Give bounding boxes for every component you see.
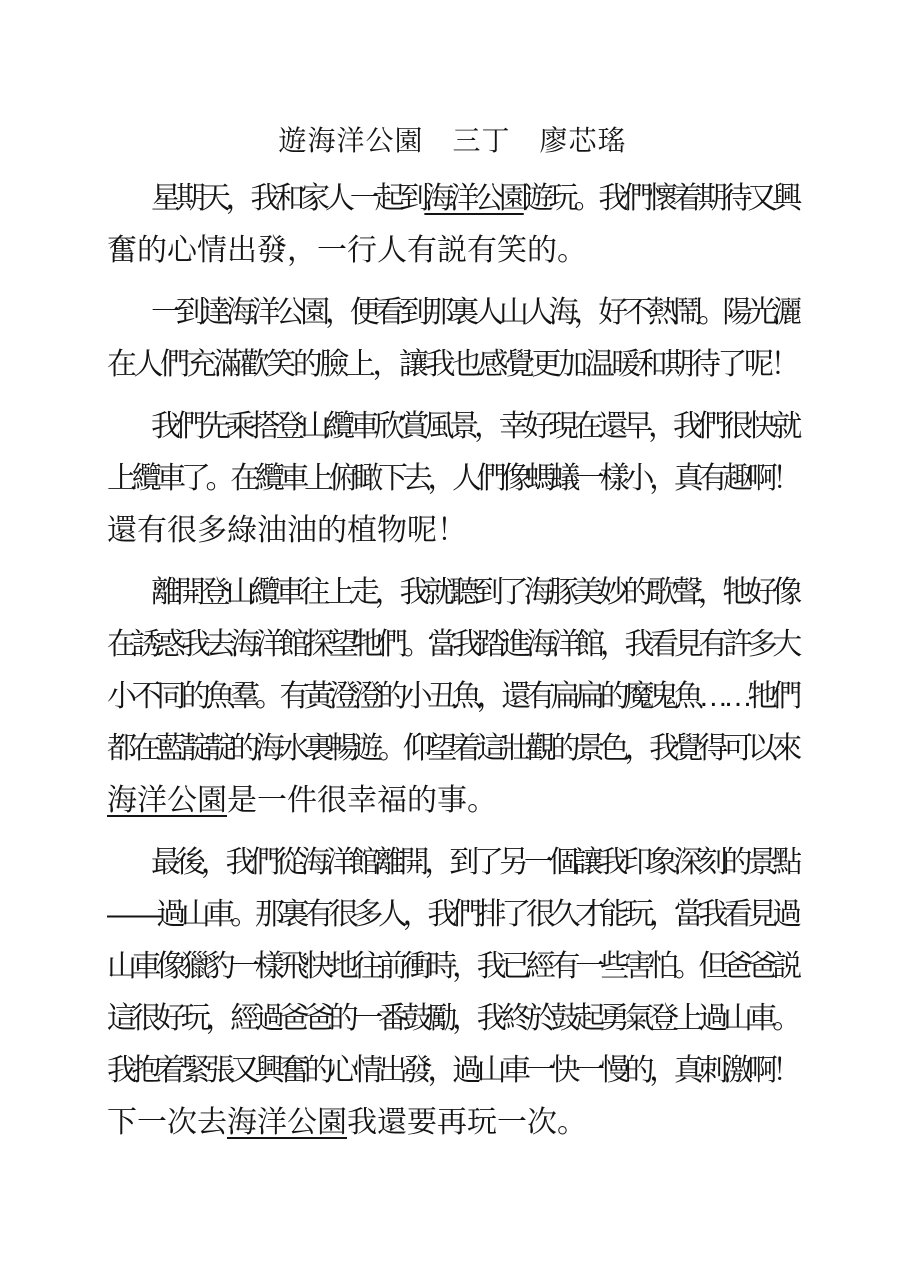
text-line: 星期天，我和家人一起到海洋公園遊玩。我們懷着期待又興 <box>107 173 797 225</box>
text-segment: 離開登山纜車往上走，我就聽到了海豚美妙的歌聲，牠好像 <box>151 576 797 609</box>
text-segment: ——過山車。那裏有很多人，我們排了很久才能玩，當我看見過 <box>107 898 797 931</box>
text-line: 都在藍靛靛的海水裏暢遊。仰望着這壯觀的景色，我覺得可以來 <box>107 723 797 775</box>
text-segment: 還有很多綠油油的植物呢！ <box>107 514 467 547</box>
underlined-text: 海洋公園 <box>424 182 523 215</box>
text-segment: 遊玩。我們懷着期待又興 <box>524 182 797 215</box>
paragraph: 最後，我們從海洋館離開，到了另一個讓我印象深刻的景點——過山車。那裏有很多人，我… <box>107 837 797 1149</box>
text-line: 最後，我們從海洋館離開，到了另一個讓我印象深刻的景點 <box>107 837 797 889</box>
text-segment: 上纜車了。在纜車上俯瞰下去，人們像螞蟻一樣小，真有趣啊！ <box>107 462 797 495</box>
text-line: 下一次去海洋公園我還要再玩一次。 <box>107 1097 797 1149</box>
text-line: 在誘惑我去海洋館探望牠們。當我踏進海洋館，我看見有許多大 <box>107 619 797 671</box>
text-line: 在人們充滿歡笑的臉上，讓我也感覺更加温暖和期待了呢！ <box>107 339 797 391</box>
text-line: ——過山車。那裏有很多人，我們排了很久才能玩，當我看見過 <box>107 889 797 941</box>
underlined-text: 海洋公園 <box>107 784 227 817</box>
text-segment: 我還要再玩一次。 <box>347 1106 587 1139</box>
text-line: 一到達海洋公園，便看到那裏人山人海，好不熱鬧。陽光灑 <box>107 287 797 339</box>
paragraph: 我們先乘搭登山纜車欣賞風景，幸好現在還早，我們很快就上纜車了。在纜車上俯瞰下去，… <box>107 401 797 557</box>
text-line: 還有很多綠油油的植物呢！ <box>107 505 797 557</box>
paragraph: 離開登山纜車往上走，我就聽到了海豚美妙的歌聲，牠好像在誘惑我去海洋館探望牠們。當… <box>107 567 797 827</box>
document-title: 遊海洋公園 三丁 廖芯瑤 <box>0 115 905 167</box>
text-line: 小不同的魚羣。有黃澄澄的小丑魚，還有扁扁的魔鬼魚……牠們 <box>107 671 797 723</box>
text-segment: 在人們充滿歡笑的臉上，讓我也感覺更加温暖和期待了呢！ <box>107 348 797 381</box>
text-line: 離開登山纜車往上走，我就聽到了海豚美妙的歌聲，牠好像 <box>107 567 797 619</box>
text-line: 我們先乘搭登山纜車欣賞風景，幸好現在還早，我們很快就 <box>107 401 797 453</box>
text-segment: 一到達海洋公園，便看到那裏人山人海，好不熱鬧。陽光灑 <box>151 296 797 329</box>
text-line: 上纜車了。在纜車上俯瞰下去，人們像螞蟻一樣小，真有趣啊！ <box>107 453 797 505</box>
text-line: 這很好玩，經過爸爸的一番鼓勵，我終於鼓起勇氣登上過山車。 <box>107 993 797 1045</box>
text-line: 海洋公園是一件很幸福的事。 <box>107 775 797 827</box>
text-segment: 奮的心情出發，一行人有説有笑的。 <box>107 234 587 267</box>
text-segment: 下一次去 <box>107 1106 227 1139</box>
text-segment: 我們先乘搭登山纜車欣賞風景，幸好現在還早，我們很快就 <box>151 410 797 443</box>
text-line: 山車像獵豹一樣飛快地往前衝時，我已經有一些害怕。但爸爸説 <box>107 941 797 993</box>
text-segment: 在誘惑我去海洋館探望牠們。當我踏進海洋館，我看見有許多大 <box>107 628 797 661</box>
text-segment: 星期天，我和家人一起到 <box>151 182 424 215</box>
paragraph: 星期天，我和家人一起到海洋公園遊玩。我們懷着期待又興奮的心情出發，一行人有説有笑… <box>107 173 797 277</box>
text-segment: 這很好玩，經過爸爸的一番鼓勵，我終於鼓起勇氣登上過山車。 <box>107 1002 797 1035</box>
text-line: 我抱着緊張又興奮的心情出發，過山車一快一慢的，真刺激啊！ <box>107 1045 797 1097</box>
text-segment: 都在藍靛靛的海水裏暢遊。仰望着這壯觀的景色，我覺得可以來 <box>107 732 797 765</box>
text-segment: 我抱着緊張又興奮的心情出發，過山車一快一慢的，真刺激啊！ <box>107 1054 797 1087</box>
text-segment: 山車像獵豹一樣飛快地往前衝時，我已經有一些害怕。但爸爸説 <box>107 950 797 983</box>
underlined-text: 海洋公園 <box>227 1106 347 1139</box>
text-segment: 小不同的魚羣。有黃澄澄的小丑魚，還有扁扁的魔鬼魚……牠們 <box>107 680 797 713</box>
text-segment: 最後，我們從海洋館離開，到了另一個讓我印象深刻的景點 <box>151 846 797 879</box>
paragraph: 一到達海洋公園，便看到那裏人山人海，好不熱鬧。陽光灑在人們充滿歡笑的臉上，讓我也… <box>107 287 797 391</box>
text-segment: 是一件很幸福的事。 <box>227 784 497 817</box>
text-line: 奮的心情出發，一行人有説有笑的。 <box>107 225 797 277</box>
document-page: 遊海洋公園 三丁 廖芯瑤 星期天，我和家人一起到海洋公園遊玩。我們懷着期待又興奮… <box>0 0 905 1280</box>
document-body: 星期天，我和家人一起到海洋公園遊玩。我們懷着期待又興奮的心情出發，一行人有説有笑… <box>107 173 797 1149</box>
